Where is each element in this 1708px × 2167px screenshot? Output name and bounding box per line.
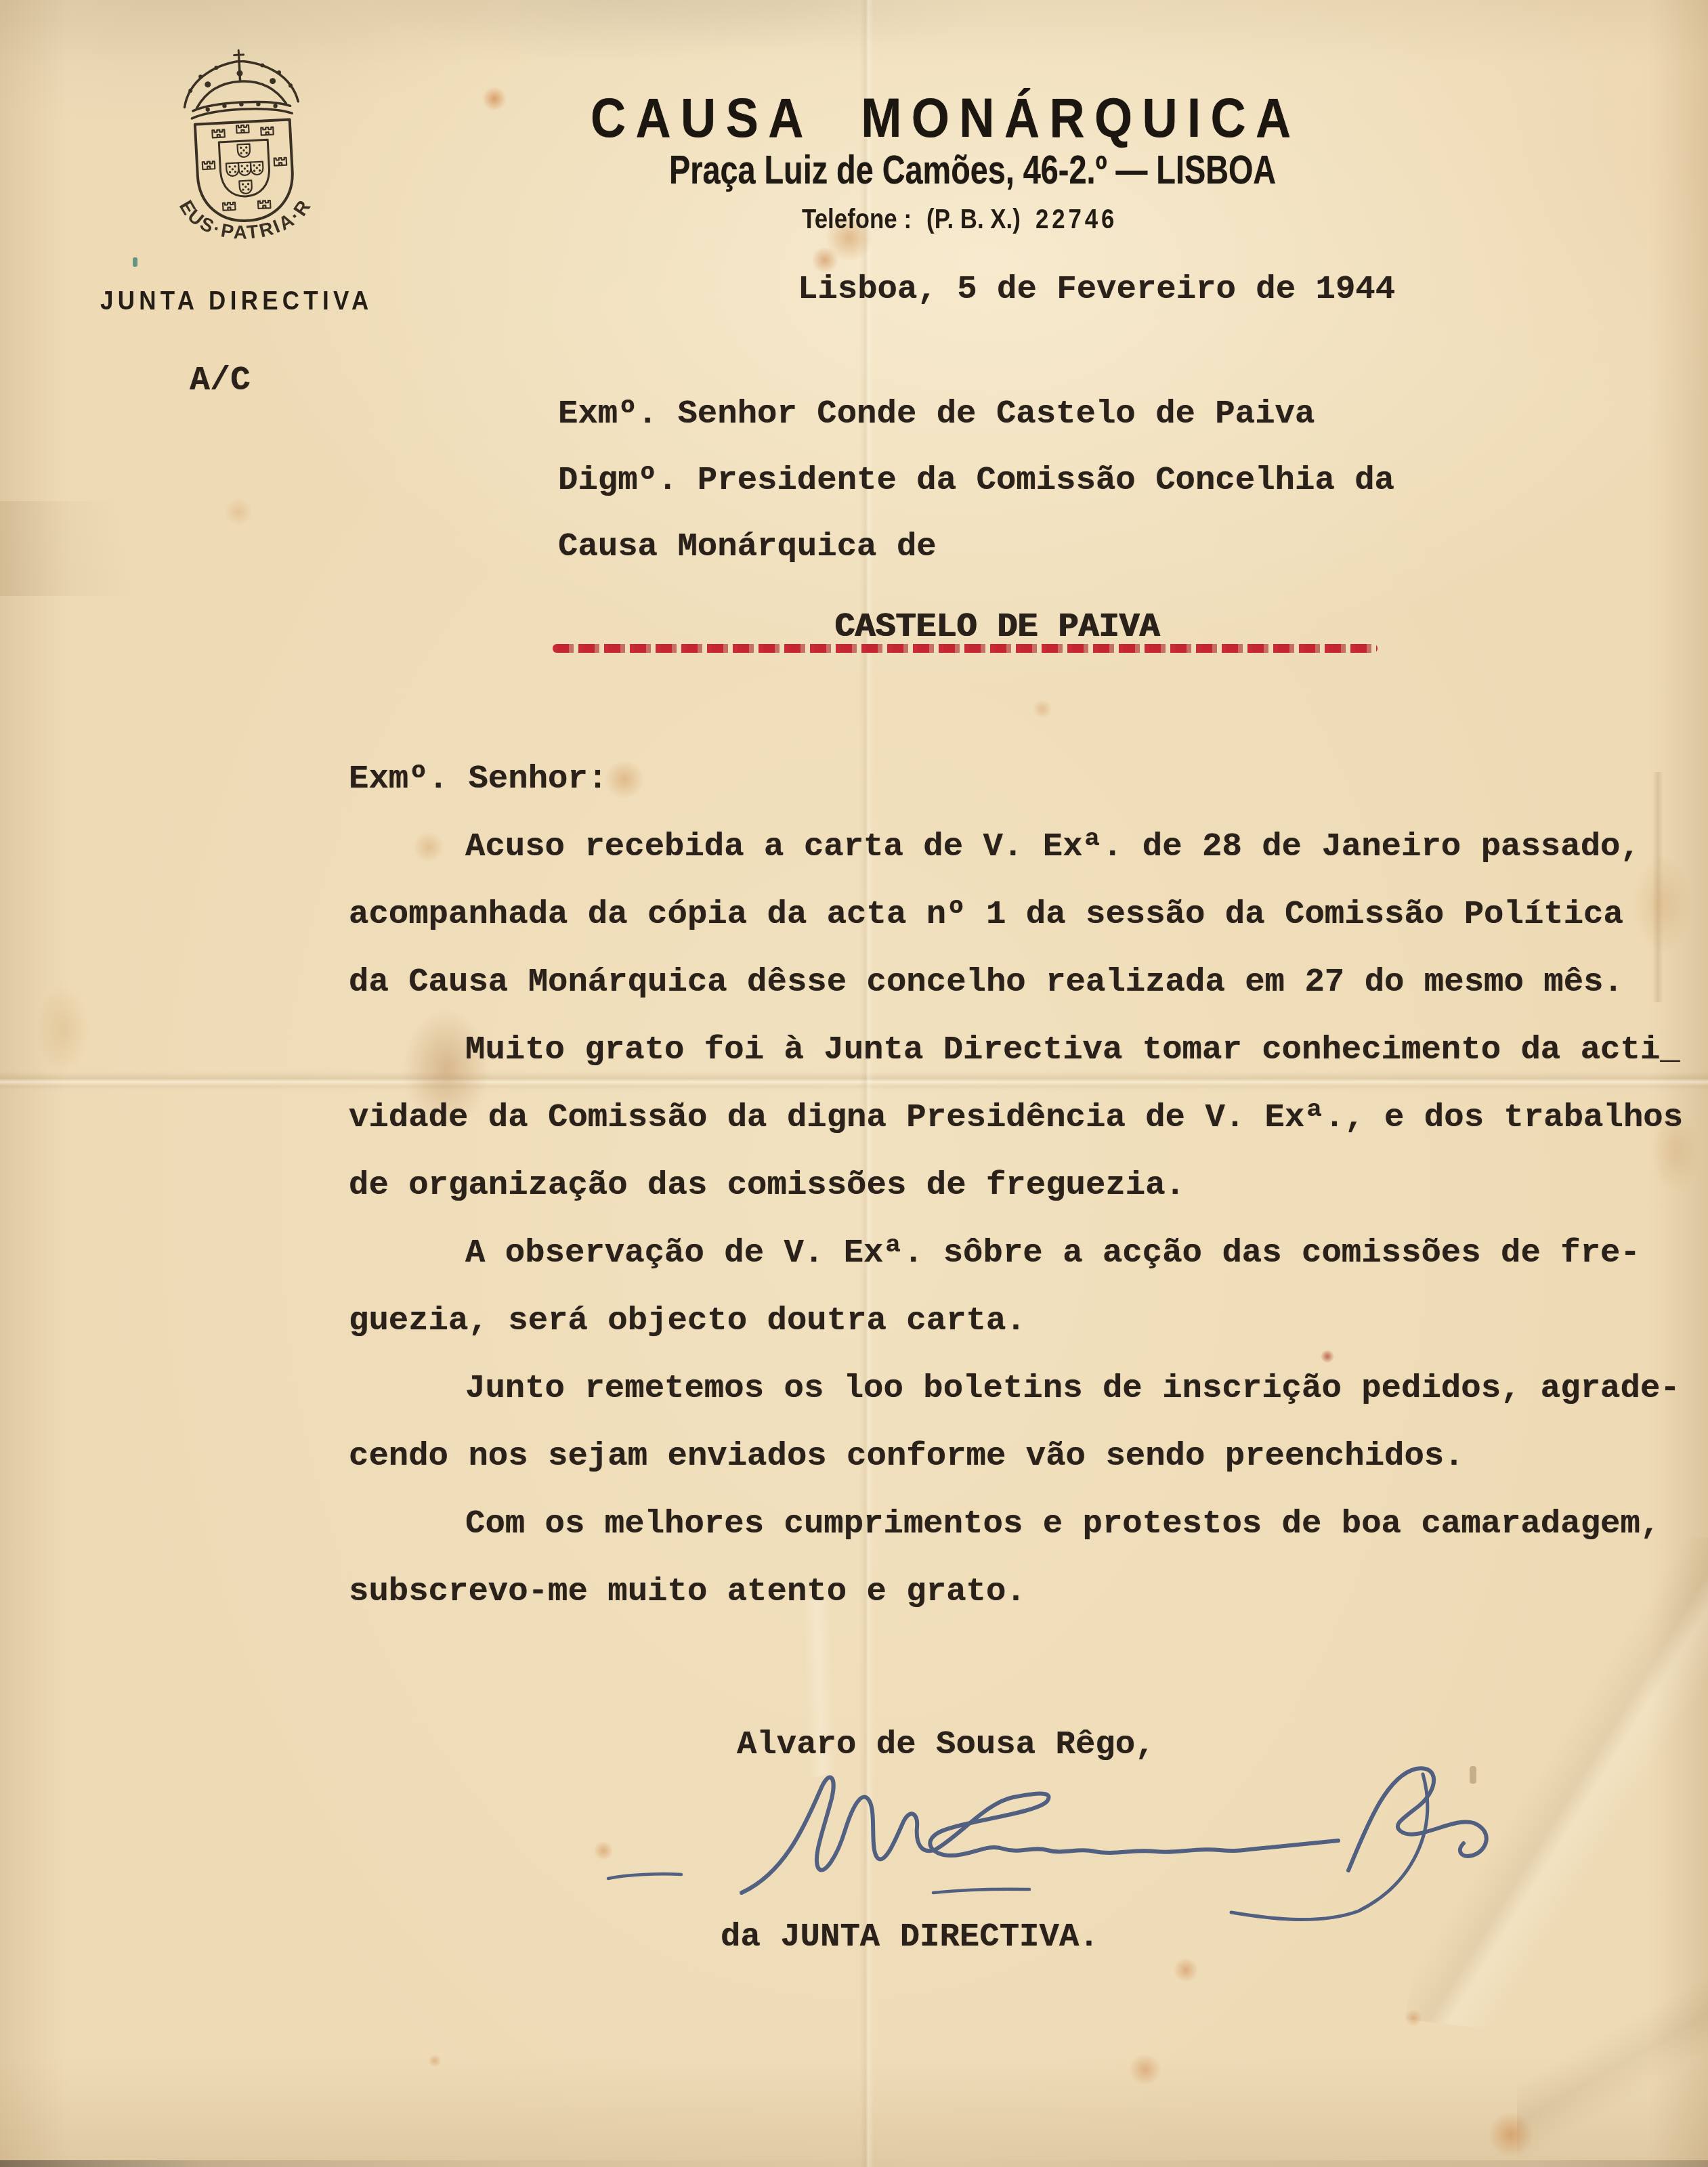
letter-page: DEUS·PATRIA·REI CAUSA MONÁRQUICA Praça L… (0, 0, 1708, 2167)
body-line: cendo nos sejam enviados conforme vão se… (349, 1422, 1683, 1490)
phone-number: 22746 (1036, 203, 1117, 234)
red-dashed-underline (553, 644, 1378, 653)
org-address: Praça Luiz de Camões, 46-2.º — LISBOA (669, 146, 1276, 193)
phone-label: Telefone : (802, 203, 912, 234)
recipient-line: Digmº. Presidente da Comissão Concelhia … (558, 447, 1394, 513)
signatory-role: da JUNTA DIRECTIVA. (721, 1918, 1099, 1956)
division-label: JUNTA DIRECTIVA (100, 287, 373, 316)
signature-entry-dash (608, 1874, 681, 1879)
paper-stain (1405, 2010, 1422, 2026)
crest-cross-icon (234, 50, 244, 62)
body-line: vidade da Comissão da digna Presidência … (349, 1083, 1683, 1151)
quinas (226, 144, 265, 195)
recipient-line: Exmº. Senhor Conde de Castelo de Paiva (558, 381, 1394, 447)
paper-stain (810, 248, 840, 272)
body-line: guezia, será objecto doutra carta. (349, 1287, 1683, 1354)
body-line: Com os melhores cumprimentos e protestos… (349, 1490, 1683, 1558)
body-line: A observação de V. Exª. sôbre a acção da… (349, 1219, 1683, 1287)
date-line: Lisboa, 5 de Fevereiro de 1944 (798, 270, 1395, 308)
paper-stain (37, 982, 91, 1077)
shield-outline (195, 119, 295, 223)
body-line: Acuso recebida a carta de V. Exª. de 28 … (349, 813, 1683, 880)
signature-underline-dash (933, 1889, 1029, 1893)
wrinkle (1517, 1950, 1708, 2167)
paper-stain (133, 257, 137, 267)
recipient-line: Causa Monárquica de (558, 513, 1394, 580)
body-line: subscrevo-me muito atento e grato. (349, 1558, 1683, 1625)
body-line: Exmº. Senhor: (349, 745, 1683, 813)
body-line: da Causa Monárquica dêsse concelho reali… (349, 948, 1683, 1016)
signature-main-stroke (742, 1778, 1338, 1893)
paper-stain (1032, 700, 1052, 718)
paper-stain (428, 2055, 442, 2067)
body-line: de organização das comissões de freguezi… (349, 1151, 1683, 1219)
org-name: CAUSA MONÁRQUICA (591, 87, 1301, 150)
body-line: Junto remetemos os loo boletins de inscr… (349, 1354, 1683, 1422)
phone-exchange: (P. B. X.) (926, 203, 1021, 234)
scan-edge-shadow (0, 2160, 1708, 2167)
letter-body: Exmº. Senhor: Acuso recebida a carta de … (349, 745, 1683, 1625)
paper-stain (482, 87, 507, 111)
paper-stain (1487, 2113, 1535, 2156)
subject-line: CASTELO DE PAIVA (834, 608, 1159, 647)
paper-stain (1128, 2055, 1162, 2084)
attention-label: A/C (190, 362, 251, 400)
body-line: Muito grato foi à Junta Directiva tomar … (349, 1016, 1683, 1083)
crown-outline (182, 58, 298, 108)
org-phone: Telefone :(P. B. X.)22746 (802, 203, 1117, 235)
paper-stain (223, 498, 253, 525)
royal-crest: DEUS·PATRIA·REI (164, 42, 324, 259)
recipient-block: Exmº. Senhor Conde de Castelo de Paiva D… (558, 381, 1394, 580)
body-line: acompanhada da cópia da acta nº 1 da ses… (349, 880, 1683, 948)
paper-stain (1173, 1958, 1199, 1981)
bordure-castles (200, 123, 289, 211)
wrinkle (0, 501, 190, 596)
handwritten-signature (580, 1748, 1528, 1945)
